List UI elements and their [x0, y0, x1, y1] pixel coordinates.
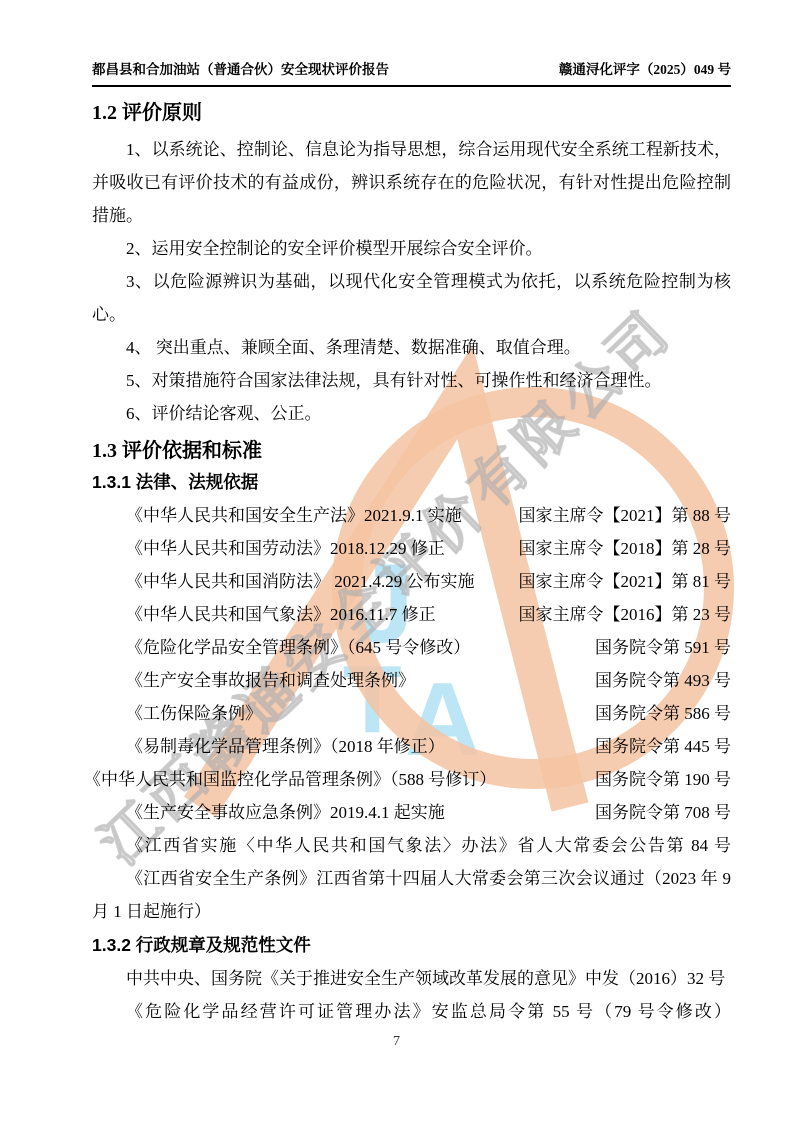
- document-content: 都昌县和合加油站（普通合伙）安全现状评价报告 赣通浔化评字（2025）049 号…: [0, 0, 793, 1122]
- section-1-2-title: 1.2 评价原则: [92, 100, 731, 126]
- principle-item-2: 2、运用安全控制论的安全评价模型开展综合安全评价。: [92, 232, 731, 265]
- law-decree: 国家主席令【2021】第 81 号: [519, 565, 732, 598]
- law-row: 《危险化学品安全管理条例》（645 号令修改） 国务院令第 591 号: [92, 631, 731, 664]
- law-decree: 国务院令第 445 号: [595, 730, 731, 763]
- section-1-3-2-title: 1.3.2 行政规章及规范性文件: [92, 930, 731, 960]
- law-row: 《中华人民共和国气象法》2016.11.7 修正 国家主席令【2016】第 23…: [92, 598, 731, 631]
- law-name: 《工伤保险条例》: [126, 697, 262, 730]
- header-report-title: 都昌县和合加油站（普通合伙）安全现状评价报告: [92, 58, 389, 78]
- law-line-jiangxi-weather: 《江西省实施〈中华人民共和国气象法〉办法》省人大常委会公告第 84 号: [92, 829, 731, 862]
- law-row: 《中华人民共和国安全生产法》2021.9.1 实施 国家主席令【2021】第 8…: [92, 499, 731, 532]
- page-number: 7: [0, 1034, 793, 1050]
- principle-item-6: 6、评价结论客观、公正。: [92, 397, 731, 430]
- law-row: 《中华人民共和国消防法》 2021.4.29 公布实施 国家主席令【2021】第…: [92, 565, 731, 598]
- document-header: 都昌县和合加油站（普通合伙）安全现状评价报告 赣通浔化评字（2025）049 号: [92, 58, 731, 87]
- principle-item-5: 5、对策措施符合国家法律法规，具有针对性、可操作性和经济合理性。: [92, 364, 731, 397]
- section-1-3-title: 1.3 评价依据和标准: [92, 437, 731, 465]
- principle-item-4: 4、 突出重点、兼顾全面、条理清楚、数据准确、取值合理。: [92, 331, 731, 364]
- law-name: 《中华人民共和国气象法》2016.11.7 修正: [126, 598, 436, 631]
- law-name: 《中华人民共和国安全生产法》2021.9.1 实施: [126, 499, 462, 532]
- law-line-jiangxi-safety: 《江西省安全生产条例》江西省第十四届人大常委会第三次会议通过（2023 年 9 …: [92, 862, 731, 928]
- law-decree: 国务院令第 493 号: [595, 664, 731, 697]
- law-decree: 国务院令第 190 号: [595, 763, 731, 796]
- law-name: 《中华人民共和国监控化学品管理条例》（588 号修订）: [84, 763, 496, 796]
- law-row: 《工伤保险条例》 国务院令第 586 号: [92, 697, 731, 730]
- law-decree: 国家主席令【2021】第 88 号: [519, 499, 732, 532]
- principle-item-1: 1、以系统论、控制论、信息论为指导思想，综合运用现代安全系统工程新技术，并吸收已…: [92, 133, 731, 232]
- law-name: 《易制毒化学品管理条例》（2018 年修正）: [126, 730, 445, 763]
- law-row: 《生产安全事故应急条例》2019.4.1 起实施 国务院令第 708 号: [92, 796, 731, 829]
- law-row: 《中华人民共和国劳动法》2018.12.29 修正 国家主席令【2018】第 2…: [92, 532, 731, 565]
- regulation-item-1: 中共中央、国务院《关于推进安全生产领域改革发展的意见》中发（2016）32 号: [92, 962, 731, 995]
- law-name: 《危险化学品安全管理条例》（645 号令修改）: [126, 631, 470, 664]
- principle-item-3: 3、以危险源辨识为基础，以现代化安全管理模式为依托，以系统危险控制为核心。: [92, 265, 731, 331]
- law-decree: 国家主席令【2016】第 23 号: [519, 598, 732, 631]
- law-row: 《易制毒化学品管理条例》（2018 年修正） 国务院令第 445 号: [92, 730, 731, 763]
- law-name: 《生产安全事故应急条例》2019.4.1 起实施: [126, 796, 445, 829]
- header-doc-number: 赣通浔化评字（2025）049 号: [559, 58, 731, 78]
- law-name: 《中华人民共和国消防法》 2021.4.29 公布实施: [126, 565, 475, 598]
- document-page: J T A 江西赣通安全评价有限公司 都昌县和合加油站（普通合伙）安全现状评价报…: [0, 0, 793, 1122]
- law-name: 《中华人民共和国劳动法》2018.12.29 修正: [126, 532, 445, 565]
- law-name: 《生产安全事故报告和调查处理条例》: [126, 664, 415, 697]
- section-1-3-1-title: 1.3.1 法律、法规依据: [92, 467, 731, 497]
- law-row: 《生产安全事故报告和调查处理条例》 国务院令第 493 号: [92, 664, 731, 697]
- law-decree: 国家主席令【2018】第 28 号: [519, 532, 732, 565]
- law-decree: 国务院令第 586 号: [595, 697, 731, 730]
- law-row: 《中华人民共和国监控化学品管理条例》（588 号修订） 国务院令第 190 号: [84, 763, 731, 796]
- regulation-item-2: 《危险化学品经营许可证管理办法》安监总局令第 55 号（79 号令修改）: [92, 995, 731, 1028]
- law-decree: 国务院令第 708 号: [595, 796, 731, 829]
- law-decree: 国务院令第 591 号: [595, 631, 731, 664]
